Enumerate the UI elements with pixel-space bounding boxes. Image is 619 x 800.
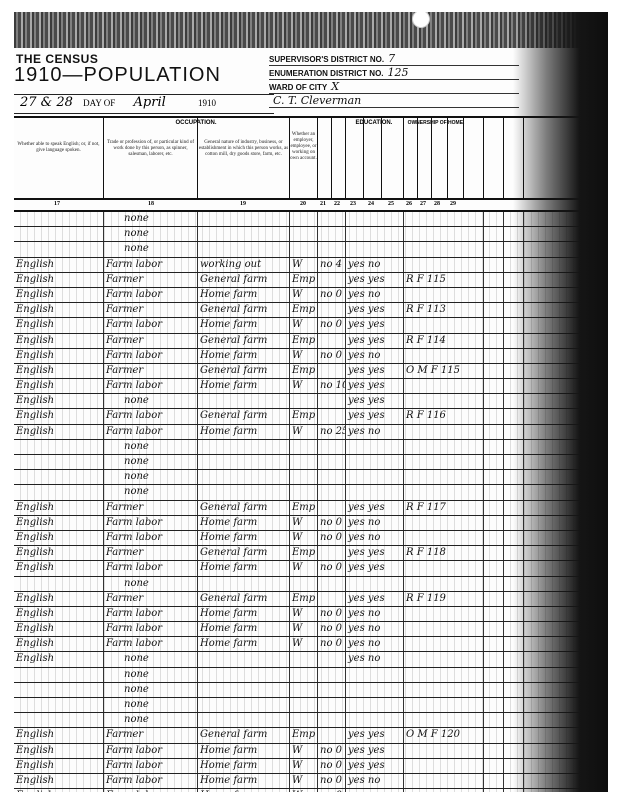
cell-emp: W xyxy=(290,561,318,575)
table-row: EnglishFarm laborHome farmWno 0yes no xyxy=(14,789,608,792)
cell-emp xyxy=(290,485,318,499)
cell-own xyxy=(404,531,484,545)
day-of-label: DAY OF xyxy=(83,98,115,108)
col-num-17: 17 xyxy=(54,201,60,207)
cell-industry xyxy=(198,227,290,241)
cell-lang: English xyxy=(14,592,104,606)
cell-edu: yes no xyxy=(346,531,404,545)
cell-lang: English xyxy=(14,546,104,560)
cell-trade: Farm labor xyxy=(104,607,198,621)
enumeration-value: 125 xyxy=(388,66,409,79)
cell-lang: English xyxy=(14,728,104,742)
cell-blank xyxy=(484,789,504,792)
cell-emp xyxy=(290,652,318,666)
cell-industry: Home farm xyxy=(198,531,290,545)
cell-blank xyxy=(484,470,504,484)
cell-emp: Emp xyxy=(290,546,318,560)
table-row: EnglishFarm laborHome farmWno 10yes yes xyxy=(14,379,608,394)
cell-trade: none xyxy=(104,577,198,591)
cell-blank xyxy=(484,546,504,560)
cell-trade: Farm labor xyxy=(104,425,198,439)
cell-extra: no 0 xyxy=(318,561,346,575)
cell-trade: none xyxy=(104,683,198,697)
cell-blank xyxy=(484,637,504,651)
cell-blank xyxy=(504,728,524,742)
cell-blank xyxy=(484,258,504,272)
cell-trade: none xyxy=(104,455,198,469)
cell-blank xyxy=(504,349,524,363)
cell-trade: none xyxy=(104,394,198,408)
cell-blank xyxy=(504,364,524,378)
cell-blank xyxy=(504,744,524,758)
cell-edu xyxy=(346,227,404,241)
cell-blank xyxy=(504,485,524,499)
col-num-18: 18 xyxy=(148,201,154,207)
cell-lang: English xyxy=(14,273,104,287)
cell-edu: yes yes xyxy=(346,409,404,423)
cell-edu: yes yes xyxy=(346,561,404,575)
cell-edu: yes yes xyxy=(346,318,404,332)
cell-lang xyxy=(14,212,104,226)
cell-industry: Home farm xyxy=(198,318,290,332)
cell-own xyxy=(404,470,484,484)
cell-own: R F 117 xyxy=(404,501,484,515)
cell-trade: none xyxy=(104,212,198,226)
cell-extra xyxy=(318,455,346,469)
cell-extra xyxy=(318,440,346,454)
cell-blank xyxy=(484,440,504,454)
cell-extra xyxy=(318,485,346,499)
cell-edu: yes no xyxy=(346,516,404,530)
census-sheet: THE CENSUS 1910—POPULATION SUPERVISOR'S … xyxy=(14,12,608,792)
cell-emp: W xyxy=(290,607,318,621)
header-col-27 xyxy=(418,118,432,198)
cell-lang: English xyxy=(14,622,104,636)
cell-industry: General farm xyxy=(198,334,290,348)
enumeration-district: ENUMERATION DISTRICT NO.125 xyxy=(269,66,519,80)
cell-lang xyxy=(14,713,104,727)
cell-edu: yes no xyxy=(346,789,404,792)
cell-lang: English xyxy=(14,258,104,272)
cell-own xyxy=(404,440,484,454)
header-col-23 xyxy=(346,118,364,198)
cell-extra: no 0 xyxy=(318,789,346,792)
cell-industry: Home farm xyxy=(198,561,290,575)
cell-edu xyxy=(346,683,404,697)
cell-extra xyxy=(318,577,346,591)
cell-edu: yes yes xyxy=(346,501,404,515)
cell-emp xyxy=(290,668,318,682)
cell-lang: English xyxy=(14,774,104,788)
cell-trade: Farmer xyxy=(104,728,198,742)
cell-trade: Farm labor xyxy=(104,774,198,788)
cell-trade: Farmer xyxy=(104,303,198,317)
census-table: Whether able to speak English; or, if no… xyxy=(14,116,608,792)
cell-extra xyxy=(318,394,346,408)
cell-extra xyxy=(318,728,346,742)
cell-extra: no 0 xyxy=(318,637,346,651)
cell-blank xyxy=(484,227,504,241)
cell-emp xyxy=(290,227,318,241)
cell-blank xyxy=(484,592,504,606)
cell-edu: yes no xyxy=(346,607,404,621)
col-num-27: 27 xyxy=(420,201,426,207)
table-row: EnglishFarm laborHome farmWno 0yes no xyxy=(14,516,608,531)
cell-extra xyxy=(318,242,346,256)
cell-industry: Home farm xyxy=(198,774,290,788)
cell-own xyxy=(404,212,484,226)
cell-blank xyxy=(484,288,504,302)
cell-trade: none xyxy=(104,713,198,727)
cell-edu: yes no xyxy=(346,652,404,666)
col-num-25: 25 xyxy=(388,201,394,207)
cell-edu: yes yes xyxy=(346,273,404,287)
enumeration-label: ENUMERATION DISTRICT NO. xyxy=(269,69,384,78)
cell-industry: General farm xyxy=(198,364,290,378)
cell-edu: yes no xyxy=(346,637,404,651)
cell-own xyxy=(404,379,484,393)
table-row: none xyxy=(14,470,608,485)
cell-own: R F 114 xyxy=(404,334,484,348)
cell-emp: W xyxy=(290,379,318,393)
table-row: none xyxy=(14,242,608,257)
cell-industry: Home farm xyxy=(198,379,290,393)
table-row: EnglishFarm laborHome farmWno 0yes no xyxy=(14,349,608,364)
cell-extra xyxy=(318,698,346,712)
cell-industry xyxy=(198,470,290,484)
cell-trade: Farm labor xyxy=(104,288,198,302)
cell-blank xyxy=(484,425,504,439)
cell-blank xyxy=(484,698,504,712)
cell-blank xyxy=(484,501,504,515)
cell-blank xyxy=(504,288,524,302)
cell-lang xyxy=(14,440,104,454)
cell-blank xyxy=(504,242,524,256)
cell-own xyxy=(404,759,484,773)
cell-emp xyxy=(290,698,318,712)
cell-industry xyxy=(198,242,290,256)
cell-blank xyxy=(484,273,504,287)
cell-own xyxy=(404,318,484,332)
cell-trade: none xyxy=(104,242,198,256)
cell-extra: no 10 xyxy=(318,379,346,393)
cell-edu: yes no xyxy=(346,774,404,788)
cell-blank xyxy=(504,683,524,697)
cell-edu: yes no xyxy=(346,258,404,272)
cell-lang: English xyxy=(14,318,104,332)
cell-trade: Farm labor xyxy=(104,258,198,272)
cell-own xyxy=(404,774,484,788)
cell-industry xyxy=(198,485,290,499)
cell-blank xyxy=(504,455,524,469)
cell-blank xyxy=(504,531,524,545)
cell-blank xyxy=(484,455,504,469)
cell-lang xyxy=(14,227,104,241)
table-row: none xyxy=(14,668,608,683)
col-num-20: 20 xyxy=(300,201,306,207)
cell-industry: Home farm xyxy=(198,349,290,363)
scan-noise-band xyxy=(14,12,608,48)
cell-trade: none xyxy=(104,668,198,682)
table-row: none xyxy=(14,455,608,470)
cell-emp: Emp xyxy=(290,409,318,423)
cell-lang: English xyxy=(14,334,104,348)
table-row: EnglishFarm laborHome farmWno 25yes no xyxy=(14,425,608,440)
cell-industry xyxy=(198,652,290,666)
cell-emp: Emp xyxy=(290,273,318,287)
cell-own xyxy=(404,258,484,272)
cell-own xyxy=(404,683,484,697)
cell-blank xyxy=(504,212,524,226)
cell-blank xyxy=(504,607,524,621)
table-row: EnglishFarm laborHome farmWno 0yes no xyxy=(14,622,608,637)
cell-extra: no 0 xyxy=(318,759,346,773)
cell-lang xyxy=(14,485,104,499)
cell-trade: Farm labor xyxy=(104,349,198,363)
cell-trade: Farm labor xyxy=(104,379,198,393)
cell-blank xyxy=(504,334,524,348)
cell-emp: W xyxy=(290,288,318,302)
cell-edu: yes yes xyxy=(346,394,404,408)
form-title: THE CENSUS 1910—POPULATION xyxy=(14,48,274,88)
cell-lang: English xyxy=(14,379,104,393)
cell-own xyxy=(404,744,484,758)
ward: WARD OF CITYX xyxy=(269,80,519,94)
table-row: EnglishFarmerGeneral farmEmpyes yesO M F… xyxy=(14,728,608,743)
col-num-19: 19 xyxy=(240,201,246,207)
cell-trade: Farm labor xyxy=(104,759,198,773)
cell-lang: English xyxy=(14,394,104,408)
cell-extra xyxy=(318,470,346,484)
cell-lang xyxy=(14,455,104,469)
cell-edu: yes yes xyxy=(346,364,404,378)
cell-own xyxy=(404,668,484,682)
cell-lang: English xyxy=(14,516,104,530)
cell-industry: General farm xyxy=(198,409,290,423)
ward-value: X xyxy=(331,80,339,93)
cell-extra: no 0 xyxy=(318,774,346,788)
cell-lang: English xyxy=(14,531,104,545)
cell-industry xyxy=(198,455,290,469)
cell-edu: yes no xyxy=(346,622,404,636)
cell-edu xyxy=(346,242,404,256)
cell-emp xyxy=(290,683,318,697)
cell-emp xyxy=(290,394,318,408)
cell-extra xyxy=(318,592,346,606)
cell-edu: yes yes xyxy=(346,759,404,773)
cell-blank xyxy=(484,744,504,758)
cell-extra xyxy=(318,683,346,697)
cell-extra: no 0 xyxy=(318,531,346,545)
cell-own xyxy=(404,713,484,727)
cell-own xyxy=(404,577,484,591)
cell-industry: Home farm xyxy=(198,637,290,651)
cell-emp: W xyxy=(290,349,318,363)
cell-lang: English xyxy=(14,607,104,621)
cell-blank xyxy=(504,470,524,484)
enumeration-date: 27 & 28 DAY OF April 1910 xyxy=(14,94,274,114)
cell-edu: yes no xyxy=(346,288,404,302)
cell-emp: W xyxy=(290,622,318,636)
cell-trade: Farmer xyxy=(104,334,198,348)
table-row: EnglishFarmerGeneral farmEmpyes yesR F 1… xyxy=(14,546,608,561)
cell-industry: General farm xyxy=(198,303,290,317)
col-num-22: 22 xyxy=(334,201,340,207)
cell-industry xyxy=(198,577,290,591)
header-col-25 xyxy=(382,118,404,198)
header-col-20: Whether an employer, employee, or workin… xyxy=(290,118,318,198)
ward-label: WARD OF CITY xyxy=(269,83,327,92)
cell-emp: W xyxy=(290,258,318,272)
header-col-22 xyxy=(332,118,346,198)
cell-blank xyxy=(484,577,504,591)
cell-trade: Farmer xyxy=(104,364,198,378)
cell-trade: Farmer xyxy=(104,501,198,515)
cell-trade: none xyxy=(104,652,198,666)
cell-blank xyxy=(504,698,524,712)
cell-emp: W xyxy=(290,425,318,439)
column-numbers: 17 18 19 20 21 22 23 24 25 26 27 28 29 xyxy=(14,200,608,212)
cell-blank xyxy=(504,668,524,682)
cell-own xyxy=(404,607,484,621)
cell-own xyxy=(404,349,484,363)
header-col-30 xyxy=(464,118,484,198)
cell-blank xyxy=(484,349,504,363)
cell-own: R F 113 xyxy=(404,303,484,317)
cell-extra: no 0 xyxy=(318,607,346,621)
cell-own xyxy=(404,698,484,712)
cell-blank xyxy=(504,273,524,287)
table-row: Englishnoneyes no xyxy=(14,652,608,667)
cell-extra xyxy=(318,668,346,682)
cell-industry xyxy=(198,683,290,697)
cell-industry: General farm xyxy=(198,501,290,515)
cell-emp xyxy=(290,440,318,454)
cell-edu xyxy=(346,470,404,484)
table-row: none xyxy=(14,713,608,728)
cell-own xyxy=(404,622,484,636)
cell-extra xyxy=(318,364,346,378)
cell-own xyxy=(404,425,484,439)
col-num-29: 29 xyxy=(450,201,456,207)
cell-own xyxy=(404,561,484,575)
cell-industry: Home farm xyxy=(198,622,290,636)
cell-blank xyxy=(484,394,504,408)
cell-emp: Emp xyxy=(290,364,318,378)
cell-trade: Farm labor xyxy=(104,516,198,530)
cell-blank xyxy=(484,303,504,317)
cell-extra xyxy=(318,303,346,317)
supervisor-value: 7 xyxy=(388,52,395,65)
cell-blank xyxy=(504,561,524,575)
cell-blank xyxy=(484,668,504,682)
month-value: April xyxy=(134,95,166,110)
cell-extra xyxy=(318,546,346,560)
cell-blank xyxy=(504,592,524,606)
cell-edu: yes no xyxy=(346,349,404,363)
table-row: none xyxy=(14,212,608,227)
table-row: none xyxy=(14,698,608,713)
table-row: EnglishFarm laborHome farmWno 0yes no xyxy=(14,637,608,652)
cell-blank xyxy=(484,409,504,423)
cell-blank xyxy=(484,364,504,378)
cell-extra: no 25 xyxy=(318,425,346,439)
header-col-31 xyxy=(484,118,504,198)
table-row: EnglishFarm laborHome farmWno 0yes no xyxy=(14,288,608,303)
cell-emp xyxy=(290,242,318,256)
cell-lang xyxy=(14,683,104,697)
cell-trade: Farm labor xyxy=(104,789,198,792)
enumerator-value: C. T. Cleverman xyxy=(273,94,361,107)
cell-blank xyxy=(484,379,504,393)
cell-trade: Farmer xyxy=(104,273,198,287)
cell-blank xyxy=(484,774,504,788)
cell-own xyxy=(404,455,484,469)
cell-blank xyxy=(484,759,504,773)
cell-own: R F 115 xyxy=(404,273,484,287)
cell-emp: W xyxy=(290,774,318,788)
cell-lang: English xyxy=(14,501,104,515)
cell-industry: Home farm xyxy=(198,607,290,621)
cell-edu xyxy=(346,577,404,591)
cell-own xyxy=(404,516,484,530)
cell-blank xyxy=(504,394,524,408)
cell-extra xyxy=(318,501,346,515)
cell-emp: Emp xyxy=(290,728,318,742)
cell-lang: English xyxy=(14,364,104,378)
cell-industry xyxy=(198,212,290,226)
table-row: none xyxy=(14,577,608,592)
cell-edu xyxy=(346,485,404,499)
cell-emp xyxy=(290,470,318,484)
cell-edu xyxy=(346,668,404,682)
date-value: 27 & 28 xyxy=(20,95,73,110)
table-row: EnglishFarm laborHome farmWno 0yes yes xyxy=(14,759,608,774)
table-row: Englishnoneyes yes xyxy=(14,394,608,409)
table-row: EnglishFarm laborHome farmWno 0yes yes xyxy=(14,561,608,576)
cell-trade: none xyxy=(104,485,198,499)
cell-own xyxy=(404,789,484,792)
cell-industry: Home farm xyxy=(198,759,290,773)
cell-industry xyxy=(198,713,290,727)
cell-emp: W xyxy=(290,531,318,545)
cell-lang xyxy=(14,470,104,484)
cell-lang xyxy=(14,698,104,712)
cell-industry: Home farm xyxy=(198,425,290,439)
cell-edu: yes yes xyxy=(346,546,404,560)
cell-blank xyxy=(504,440,524,454)
table-row: EnglishFarm laborHome farmWno 0yes no xyxy=(14,607,608,622)
cell-extra: no 0 xyxy=(318,516,346,530)
table-row: EnglishFarmerGeneral farmEmpyes yesO M F… xyxy=(14,364,608,379)
cell-edu: yes no xyxy=(346,425,404,439)
cell-edu xyxy=(346,698,404,712)
cell-lang: English xyxy=(14,789,104,792)
table-row: EnglishFarmerGeneral farmEmpyes yesR F 1… xyxy=(14,273,608,288)
cell-emp: Emp xyxy=(290,592,318,606)
cell-blank xyxy=(504,759,524,773)
cell-industry xyxy=(198,698,290,712)
cell-edu: yes yes xyxy=(346,303,404,317)
cell-own: R F 118 xyxy=(404,546,484,560)
cell-blank xyxy=(504,227,524,241)
cell-extra: no 0 xyxy=(318,622,346,636)
col-num-24: 24 xyxy=(368,201,374,207)
cell-industry: General farm xyxy=(198,273,290,287)
header-col-19: General nature of industry, business, or… xyxy=(198,118,290,198)
cell-blank xyxy=(484,713,504,727)
cell-blank xyxy=(484,318,504,332)
